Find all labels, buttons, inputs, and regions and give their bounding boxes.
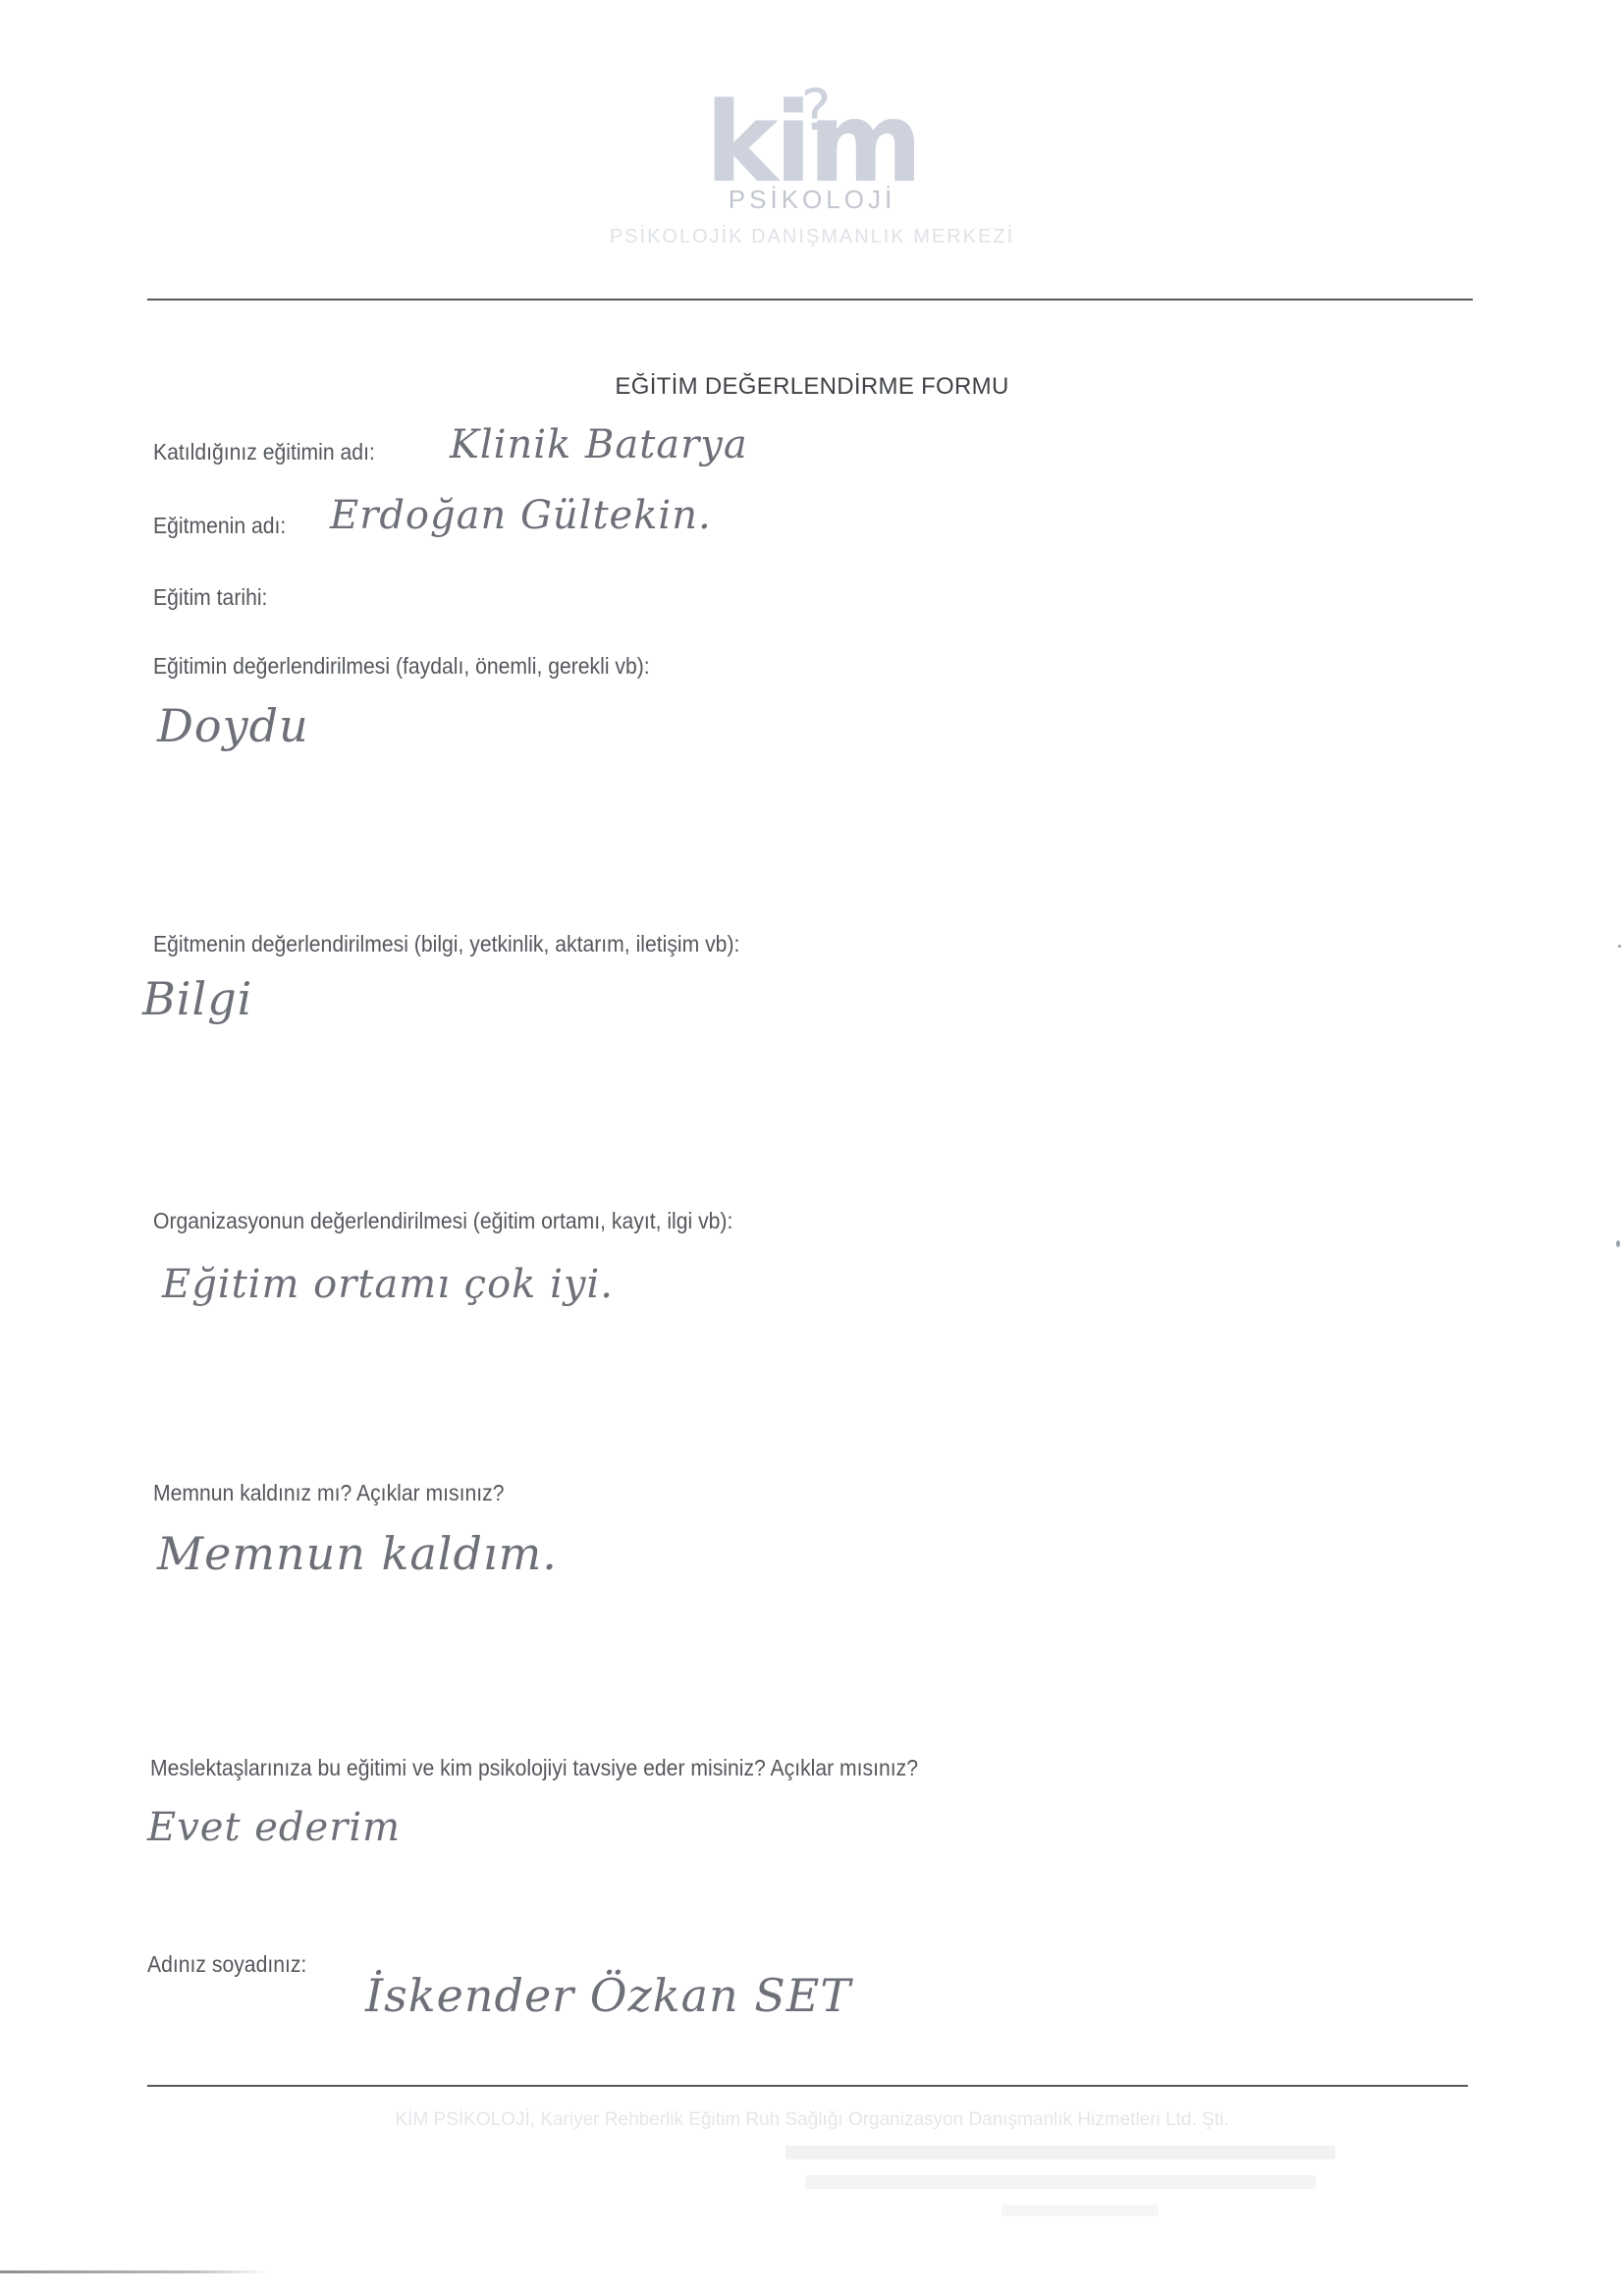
training-name-answer[interactable]: Klinik Batarya [450,422,748,467]
company-logo: ? kim [0,94,1624,192]
trainer-evaluation-answer[interactable]: Bilgi [142,972,252,1025]
footer-web-faint [1001,2205,1159,2216]
training-name-label: Katıldığınız eğitimin adı: [153,439,375,465]
full-name-label: Adınız soyadınız: [147,1951,306,1978]
training-evaluation-label: Eğitimin değerlendirilmesi (faydalı, öne… [153,653,650,680]
footer-divider [147,2085,1468,2087]
recommendation-answer[interactable]: Evet ederim [147,1805,401,1850]
question-mark-icon: ? [801,61,828,159]
logo-brand: PSİKOLOJİ [0,185,1624,215]
trainer-evaluation-label: Eğitmenin değerlendirilmesi (bilgi, yetk… [153,931,739,957]
footer-company: KİM PSİKOLOJİ, Kariyer Rehberlik Eğitim … [0,2109,1624,2131]
recommendation-label: Meslektaşlarınıza bu eğitimi ve kim psik… [150,1755,918,1781]
full-name-answer[interactable]: İskender Özkan SET [365,1969,851,2022]
organization-evaluation-label: Organizasyonun değerlendirilmesi (eğitim… [153,1208,732,1234]
satisfaction-answer[interactable]: Memnun kaldım. [157,1527,558,1580]
logo-subtitle: PSİKOLOJİK DANIŞMANLIK MERKEZİ [0,226,1624,248]
training-date-label: Eğitim tarihi: [153,584,267,611]
logo-mark: ? kim [705,94,919,192]
footer-address-faint [785,2146,1335,2159]
footer-contact-faint [805,2175,1316,2189]
satisfaction-label: Memnun kaldınız mı? Açıklar mısınız? [153,1480,505,1506]
trainer-name-answer[interactable]: Erdoğan Gültekin. [330,493,712,538]
form-title: EĞİTİM DEĞERLENDİRME FORMU [0,373,1624,401]
header-divider [147,299,1473,301]
scan-speck [1616,1240,1620,1247]
scan-speck [1618,945,1621,948]
scan-edge-line [0,2270,270,2273]
training-evaluation-answer[interactable]: Doydu [157,699,309,752]
organization-evaluation-answer[interactable]: Eğitim ortamı çok iyi. [162,1262,614,1307]
trainer-name-label: Eğitmenin adı: [153,513,286,539]
